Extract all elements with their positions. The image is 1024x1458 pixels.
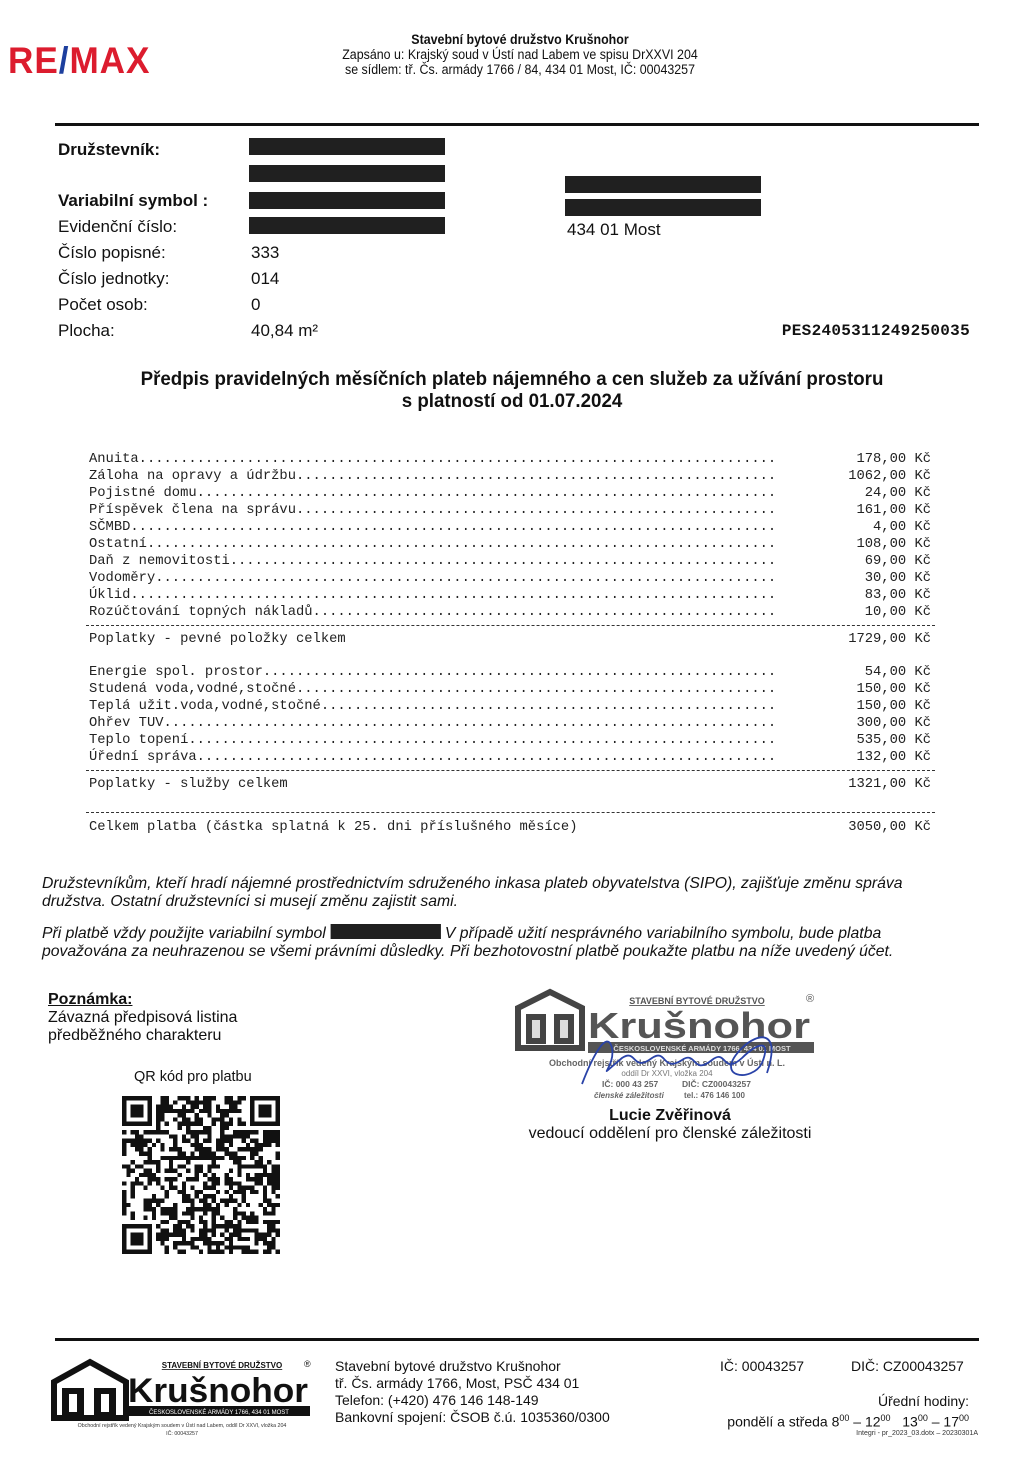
footer-divider (55, 1338, 979, 1341)
vs-notice-start: Při platbě vždy použijte variabilní symb… (42, 925, 326, 942)
document-title: Předpis pravidelných měsíčních plateb ná… (20, 368, 1003, 412)
item-amount: 10,00 Kč (865, 605, 931, 620)
svg-text:ČESKOSLOVENSKÉ ARMÁDY 1766, 43: ČESKOSLOVENSKÉ ARMÁDY 1766, 434 01 MOST (149, 1409, 289, 1416)
item-label: Rozúčtování topných nákladů.............… (89, 605, 776, 620)
registry-line: Zapsáno u: Krajský soud v Ústí nad Labem… (318, 47, 723, 62)
item-amount: 4,00 Kč (873, 520, 931, 535)
note-block: Poznámka: Závazná předpisová listina pře… (48, 991, 237, 1045)
svg-text:Obchodní rejstřík vedený Krajs: Obchodní rejstřík vedený Krajským soudem… (78, 1422, 287, 1429)
redacted-address-line-1 (565, 176, 761, 193)
item-amount: 1729,00 Kč (848, 632, 931, 647)
office-hours-value: pondělí a středa 800 – 1200 1300 – 1700 (727, 1410, 969, 1431)
title-line-1: Předpis pravidelných měsíčních plateb ná… (20, 368, 1003, 390)
note-line-2: předběžného charakteru (48, 1027, 237, 1045)
item-amount: 83,00 Kč (865, 588, 931, 603)
fixed-item-row: Rozúčtování topných nákladů.............… (89, 605, 935, 622)
item-label: Studená voda,vodné,stočné...............… (89, 682, 776, 697)
note-line-1: Závazná předpisová listina (48, 1009, 237, 1027)
footer-ic: IČ: 00043257 (720, 1358, 804, 1374)
item-amount: 30,00 Kč (865, 571, 931, 586)
footer-contact: Stavební bytové družstvo Krušnohor tř. Č… (335, 1358, 610, 1426)
redacted-member-name-2 (249, 165, 445, 182)
item-label: Úřední správa...........................… (89, 750, 776, 765)
item-amount: 300,00 Kč (856, 716, 931, 731)
svg-text:®: ® (806, 993, 814, 1005)
item-label: Daň z nemovitosti.......................… (89, 554, 776, 569)
fixed-item-row: Úklid...................................… (89, 588, 935, 605)
svg-text:IČ: 000 43 257: IČ: 000 43 257 (602, 1078, 659, 1089)
redacted-member-name (249, 138, 445, 155)
service-item-row: Energie spol. prostor...................… (89, 665, 935, 682)
item-label: Úklid...................................… (89, 588, 776, 603)
address-line: se sídlem: tř. Čs. armády 1766 / 84, 434… (318, 62, 723, 77)
qr-label: QR kód pro platbu (134, 1069, 252, 1085)
item-label: Anuita..................................… (89, 452, 776, 467)
fixed-item-row: Pojistné domu...........................… (89, 486, 935, 503)
org-name: Stavební bytové družstvo Krušnohor (318, 32, 723, 47)
fixed-item-row: Záloha na opravy a údržbu...............… (89, 469, 935, 486)
svg-text:členské záležitosti: členské záležitosti (594, 1091, 665, 1100)
fixed-item-row: Anuita..................................… (89, 452, 935, 469)
krusnohor-footer-logo: STAVEBNÍ BYTOVÉ DRUŽSTVO ® Krušnohor ČES… (50, 1356, 315, 1438)
footer-phone: Telefon: (+420) 476 146 148-149 (335, 1392, 610, 1409)
item-label: Pojistné domu...........................… (89, 486, 776, 501)
dashed-separator (86, 812, 935, 813)
dashed-separator (86, 770, 935, 771)
persons-count: 0 (251, 295, 260, 315)
item-amount: 178,00 Kč (856, 452, 931, 467)
svg-text:Krušnohor: Krušnohor (588, 1005, 810, 1046)
note-heading: Poznámka: (48, 991, 237, 1009)
service-item-row: Teplá užit.voda,vodné,stočné............… (89, 699, 935, 716)
dashed-separator (86, 625, 935, 626)
redacted-address-line-2 (565, 199, 761, 216)
footer-bank: Bankovní spojení: ČSOB č.ú. 1035360/0300 (335, 1409, 610, 1426)
item-amount: 150,00 Kč (856, 699, 931, 714)
area-value: 40,84 m² (251, 321, 318, 341)
redacted-evidence-number (249, 217, 445, 234)
fixed-item-row: Vodoměry................................… (89, 571, 935, 588)
item-label: Energie spol. prostor...................… (89, 665, 776, 680)
svg-text:®: ® (304, 1359, 311, 1369)
item-amount: 1062,00 Kč (848, 469, 931, 484)
house-number: 333 (251, 243, 279, 263)
item-amount: 108,00 Kč (856, 537, 931, 552)
title-line-2: s platností od 01.07.2024 (20, 390, 1003, 412)
item-amount: 54,00 Kč (865, 665, 931, 680)
service-total-row: Poplatky - služby celkem1321,00 Kč (89, 777, 935, 794)
svg-text:Krušnohor: Krušnohor (128, 1372, 308, 1410)
footer-org: Stavební bytové družstvo Krušnohor (335, 1358, 610, 1375)
remax-logo: RE/MAX (8, 40, 150, 82)
redacted-variable-symbol (249, 192, 445, 209)
member-label: Družstevník: (58, 140, 160, 160)
sipo-notice: Družstevníkům, kteří hradí nájemné prost… (42, 875, 966, 911)
item-label: Teplá užit.voda,vodné,stočné............… (89, 699, 776, 714)
svg-text:oddíl Dr XXVI, vložka 204: oddíl Dr XXVI, vložka 204 (621, 1069, 713, 1078)
svg-text:tel.: 476 146 100: tel.: 476 146 100 (684, 1091, 745, 1100)
item-label: Záloha na opravy a údržbu...............… (89, 469, 776, 484)
svg-text:IČ: 00043257: IČ: 00043257 (166, 1430, 198, 1437)
unit-number-label: Číslo jednotky: (58, 269, 170, 289)
item-label: Příspěvek člena na správu...............… (89, 503, 776, 518)
item-amount: 132,00 Kč (856, 750, 931, 765)
item-label: Poplatky - pevné položky celkem (89, 632, 346, 647)
service-item-row: Úřední správa...........................… (89, 750, 935, 767)
item-amount: 150,00 Kč (856, 682, 931, 697)
header-divider (55, 123, 979, 126)
fixed-item-row: Ostatní.................................… (89, 537, 935, 554)
item-label: SČMBD...................................… (89, 520, 776, 535)
fixed-item-row: Příspěvek člena na správu...............… (89, 503, 935, 520)
payment-qr-code (122, 1096, 280, 1254)
grand-total-row: Celkem platba (částka splatná k 25. dni … (89, 820, 935, 837)
item-amount: 24,00 Kč (865, 486, 931, 501)
house-number-label: Číslo popisné: (58, 243, 166, 263)
office-hours: Úřední hodiny: pondělí a středa 800 – 12… (727, 1393, 969, 1431)
signer-name: Lucie Zvěřinová (490, 1107, 850, 1125)
item-label: Ohřev TUV...............................… (89, 716, 776, 731)
item-label: Teplo topení............................… (89, 733, 776, 748)
document-code: PES2405311249250035 (782, 322, 970, 340)
signer-role: vedoucí oddělení pro členské záležitosti (490, 1125, 850, 1143)
footer-dic: DIČ: CZ00043257 (851, 1358, 964, 1374)
item-amount: 3050,00 Kč (848, 820, 931, 835)
item-amount: 161,00 Kč (856, 503, 931, 518)
footer-address: tř. Čs. armády 1766, Most, PSČ 434 01 (335, 1375, 610, 1392)
svg-text:DIČ: CZ00043257: DIČ: CZ00043257 (682, 1078, 751, 1089)
item-label: Poplatky - služby celkem (89, 777, 288, 792)
item-amount: 69,00 Kč (865, 554, 931, 569)
service-item-row: Studená voda,vodné,stočné...............… (89, 682, 935, 699)
redacted-variable-symbol-inline (330, 924, 440, 939)
fixed-total-row: Poplatky - pevné položky celkem1729,00 K… (89, 632, 935, 649)
svg-text:STAVEBNÍ BYTOVÉ DRUŽSTVO: STAVEBNÍ BYTOVÉ DRUŽSTVO (162, 1361, 282, 1370)
item-label: Celkem platba (částka splatná k 25. dni … (89, 820, 578, 835)
variable-symbol-notice: Při platbě vždy použijte variabilní symb… (42, 924, 966, 961)
office-hours-label: Úřední hodiny: (727, 1393, 969, 1410)
address-city: 434 01 Most (567, 220, 661, 240)
document-header: Stavební bytové družstvo Krušnohor Zapsá… (318, 32, 723, 77)
service-item-row: Teplo topení............................… (89, 733, 935, 750)
item-amount: 535,00 Kč (856, 733, 931, 748)
template-id: Integri - pr_2023_03.dotx – 20230301A (856, 1430, 978, 1437)
persons-label: Počet osob: (58, 295, 148, 315)
fixed-item-row: Daň z nemovitosti.......................… (89, 554, 935, 571)
cooperative-stamp: STAVEBNÍ BYTOVÉ DRUŽSTVO ® Krušnohor ČES… (512, 988, 822, 1100)
item-amount: 1321,00 Kč (848, 777, 931, 792)
variable-symbol-label: Variabilní symbol : (58, 191, 208, 211)
item-label: Ostatní.................................… (89, 537, 776, 552)
service-item-row: Ohřev TUV...............................… (89, 716, 935, 733)
signer-block: Lucie Zvěřinová vedoucí oddělení pro čle… (490, 1107, 850, 1143)
item-label: Vodoměry................................… (89, 571, 776, 586)
unit-number: 014 (251, 269, 279, 289)
area-label: Plocha: (58, 321, 115, 341)
fixed-item-row: SČMBD...................................… (89, 520, 935, 537)
evidence-number-label: Evidenční číslo: (58, 217, 177, 237)
